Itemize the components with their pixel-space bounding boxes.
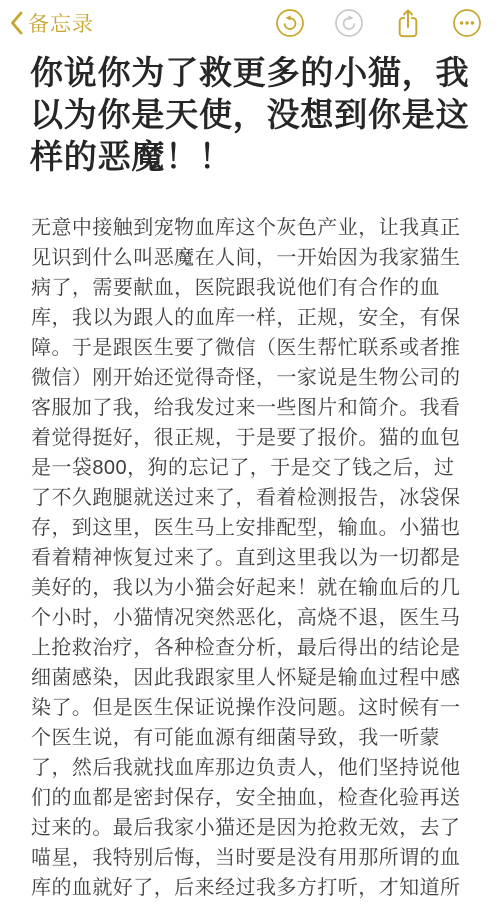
note-body-line: 美好的，我以为小猫会好起来！就在输血后的几: [31, 573, 469, 603]
note-body-line: 微信）刚开始还觉得奇怪，一家说是生物公司的: [31, 363, 469, 393]
note-title-line: 样的恶魔！！: [30, 136, 470, 178]
note-body-line: 障。于是跟医生要了微信（医生帮忙联系或者推: [31, 333, 469, 363]
redo-icon: [334, 8, 364, 38]
note-body-line: 个医生说，有可能血源有细菌导致，我一听蒙: [31, 723, 469, 753]
note-body-line: 无意中接触到宠物血库这个灰色产业，让我真正: [31, 213, 469, 243]
note-body[interactable]: 无意中接触到宠物血库这个灰色产业，让我真正见识到什么叫恶魔在人间，一开始因为我家…: [31, 213, 469, 903]
navigation-bar: 备忘录: [0, 0, 500, 44]
note-title[interactable]: 你说你为了救更多的小猫，我以为你是天使，没想到你是这样的恶魔！！: [30, 52, 470, 178]
redo-button[interactable]: [334, 8, 364, 38]
note-body-line: 喵星，我特别后悔，当时要是没有用那所谓的血: [31, 843, 469, 873]
note-body-line: 了，然后我就找血库那边负责人，他们坚持说他: [31, 753, 469, 783]
note-title-line: 以为你是天使，没想到你是这: [30, 94, 470, 136]
note-editor[interactable]: 你说你为了救更多的小猫，我以为你是天使，没想到你是这样的恶魔！！ 无意中接触到宠…: [0, 52, 500, 903]
note-title-line: 你说你为了救更多的小猫，我: [30, 52, 470, 94]
note-body-line: 库，我以为跟人的血库一样，正规，安全，有保: [31, 303, 469, 333]
note-body-line: 客服加了我，给我发过来一些图片和简介。我看: [31, 393, 469, 423]
note-body-line: 染了。但是医生保证说操作没问题。这时候有一: [31, 693, 469, 723]
note-body-line: 过来的。最后我家小猫还是因为抢救无效，去了: [31, 813, 469, 843]
back-label: 备忘录: [28, 8, 94, 38]
undo-icon: [275, 8, 305, 38]
share-button[interactable]: [393, 8, 423, 38]
note-body-line: 着觉得挺好，很正规，于是要了报价。猫的血包: [31, 423, 469, 453]
note-body-line: 见识到什么叫恶魔在人间，一开始因为我家猫生: [31, 243, 469, 273]
note-body-line: 上抢救治疗，各种检查分析，最后得出的结论是: [31, 633, 469, 663]
note-body-line: 个小时，小猫情况突然恶化，高烧不退，医生马: [31, 603, 469, 633]
note-body-line: 存，到这里，医生马上安排配型，输血。小猫也: [31, 513, 469, 543]
back-chevron-icon: [8, 10, 24, 36]
more-button[interactable]: [452, 8, 482, 38]
note-body-line: 细菌感染，因此我跟家里人怀疑是输血过程中感: [31, 663, 469, 693]
back-button[interactable]: 备忘录: [8, 8, 94, 38]
more-icon: [452, 8, 482, 38]
toolbar-actions: [275, 8, 482, 38]
note-body-line: 了不久跑腿就送过来了，看着检测报告，冰袋保: [31, 483, 469, 513]
note-body-line: 是一袋800，狗的忘记了，于是交了钱之后，过: [31, 453, 469, 483]
note-body-line: 们的血都是密封保存，安全抽血，检查化验再送: [31, 783, 469, 813]
note-body-line: 库的血就好了，后来经过我多方打听，才知道所: [31, 873, 469, 903]
undo-button[interactable]: [275, 8, 305, 38]
share-icon: [393, 7, 423, 39]
note-body-line: 病了，需要献血，医院跟我说他们有合作的血: [31, 273, 469, 303]
note-body-line: 看着精神恢复过来了。直到这里我以为一切都是: [31, 543, 469, 573]
